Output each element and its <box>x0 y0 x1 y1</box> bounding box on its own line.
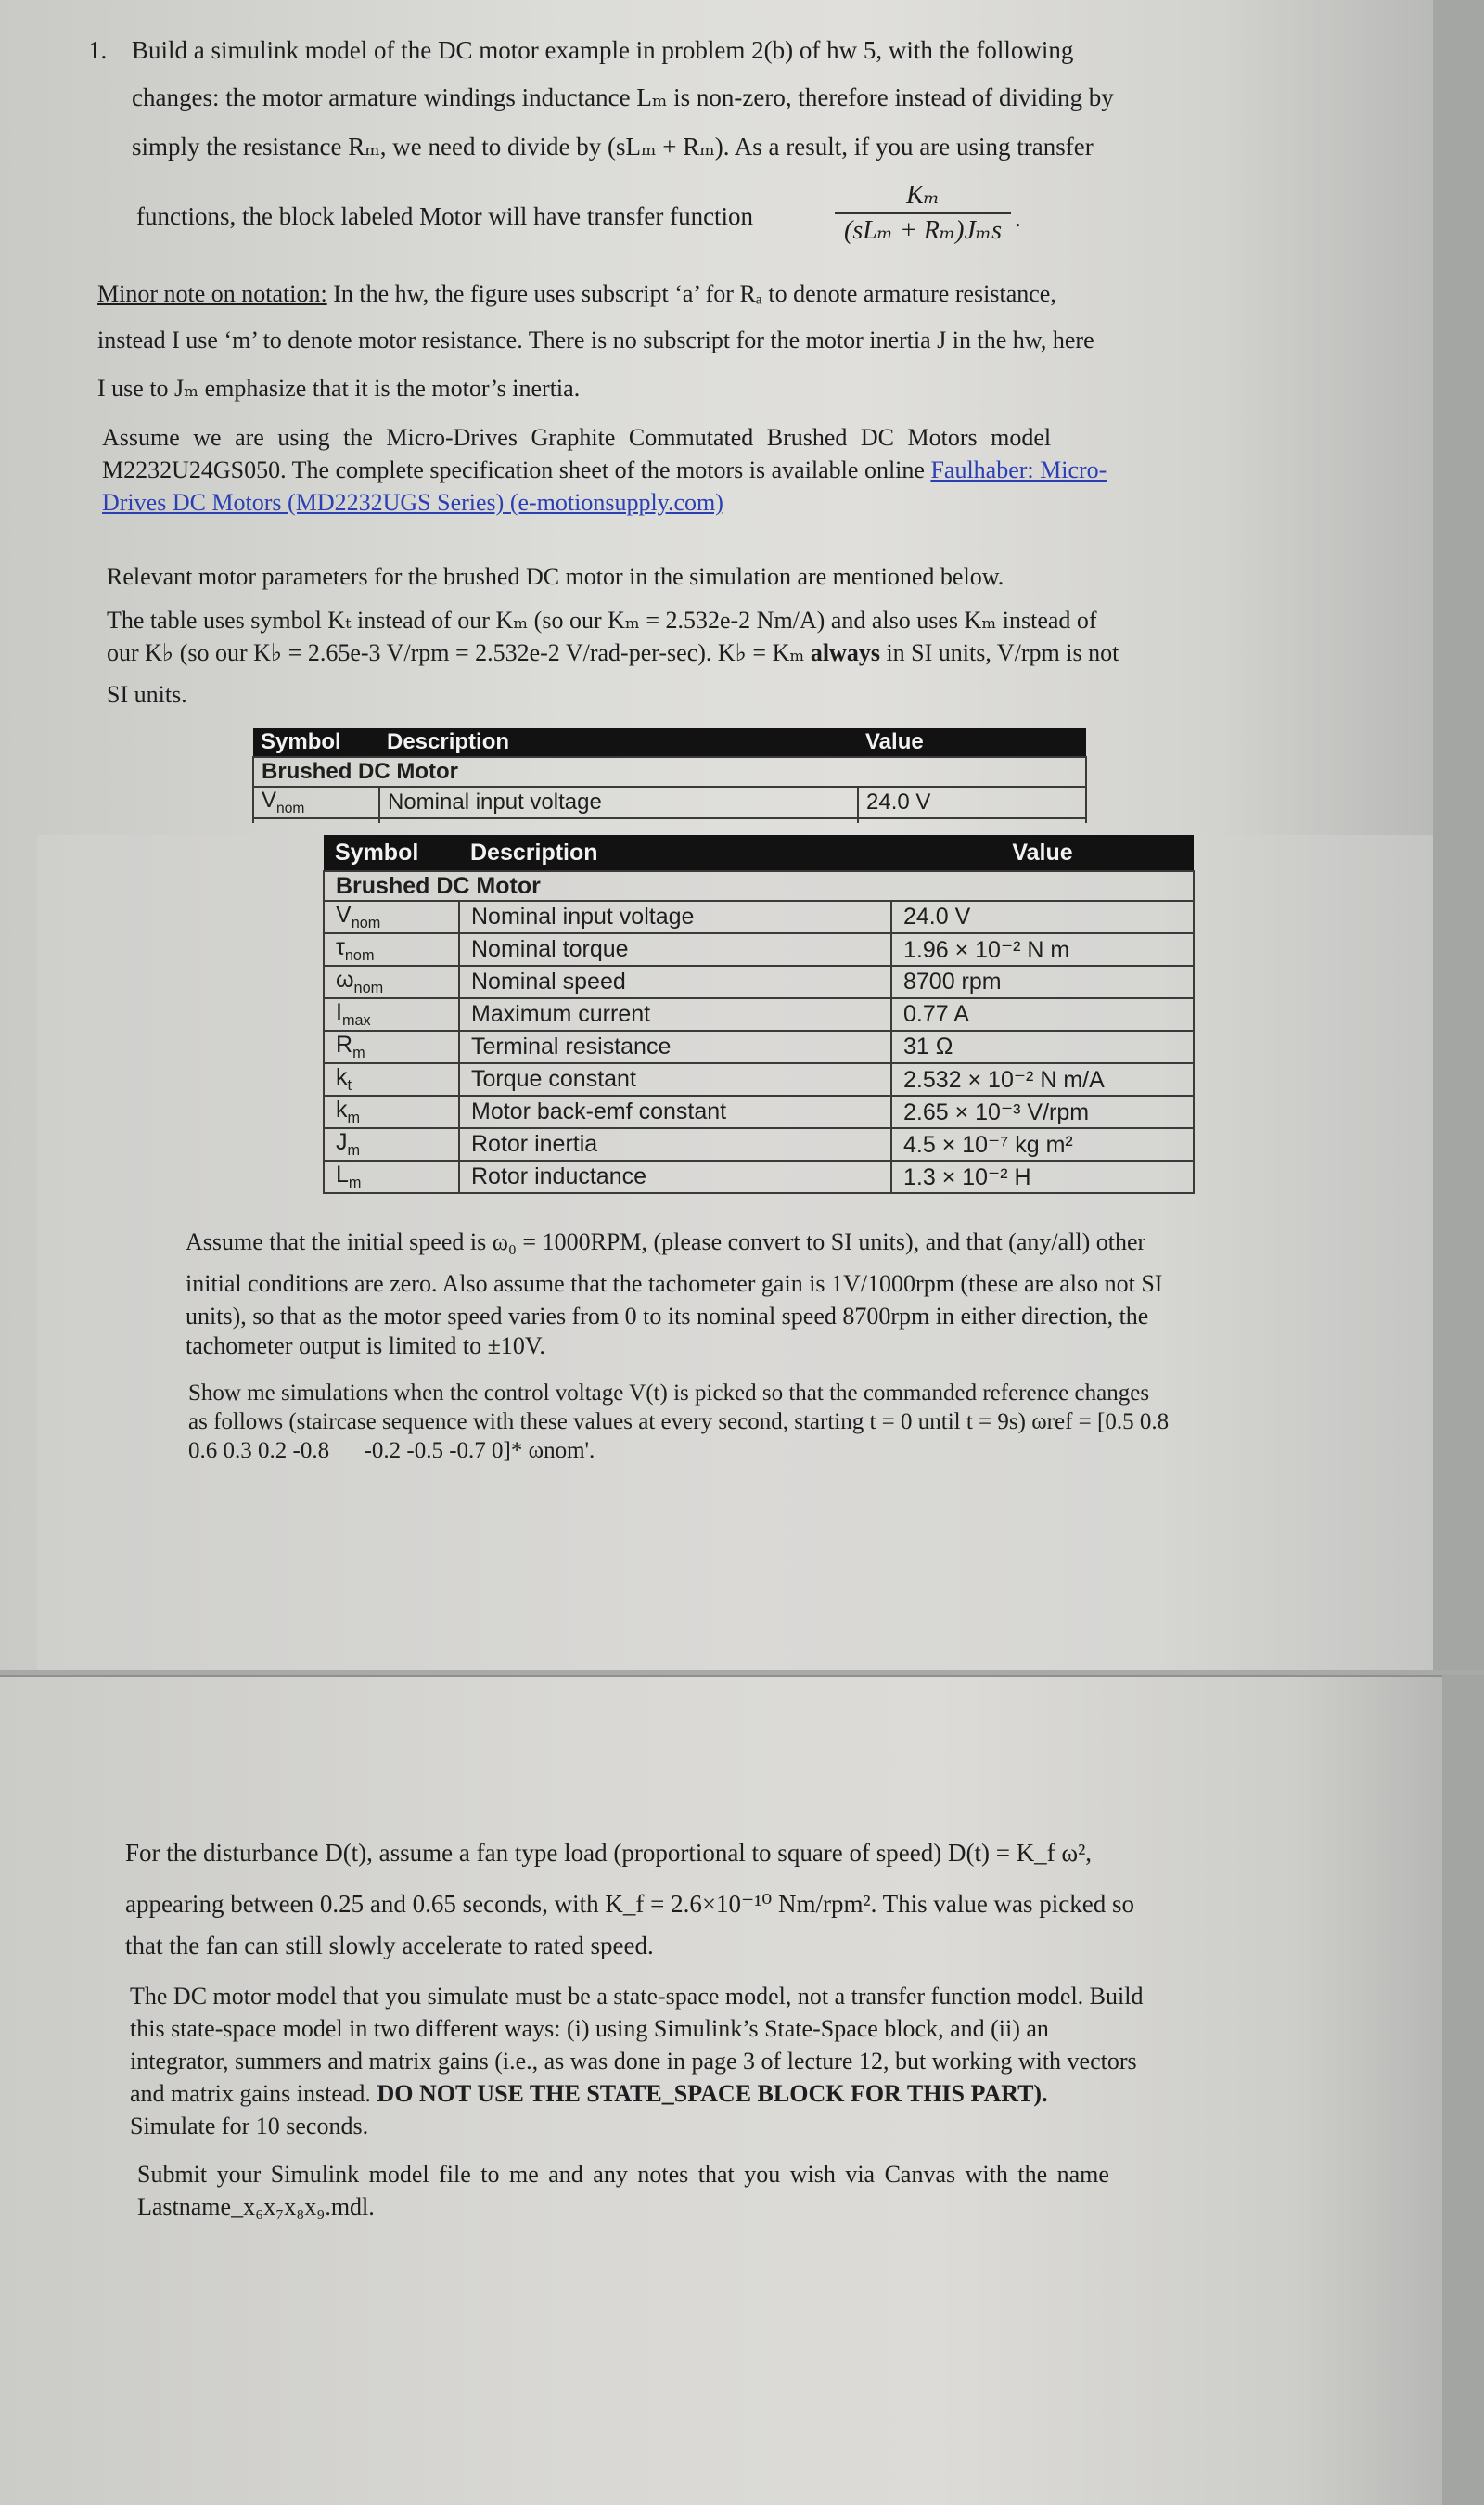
symbol-sub: nom <box>354 980 384 996</box>
description-cell: Terminal resistance <box>459 1031 891 1063</box>
description-cell: Rotor inertia <box>459 1128 891 1161</box>
symbol: τ <box>262 819 270 823</box>
symbol: V <box>262 788 276 813</box>
value-cell: 8700 rpm <box>891 966 1194 998</box>
state-space-line-4: and matrix gains instead. DO NOT USE THE… <box>130 2078 1048 2110</box>
description-cell: Nominal input voltage <box>459 901 891 933</box>
transfer-function-lead: functions, the block labeled Motor will … <box>136 200 753 232</box>
symbol-cell: Lm <box>324 1161 459 1193</box>
description-cell: Rotor inductance <box>459 1161 891 1193</box>
header-symbol: Symbol <box>324 835 459 871</box>
value-cell: 2.532 × 10⁻² N m/A <box>891 1063 1194 1096</box>
symbol-cell: Vnom <box>324 901 459 933</box>
symbol: ω <box>336 967 354 993</box>
page-edge <box>1442 1675 1484 2505</box>
motor-spec-table: Symbol Description Value Brushed DC Moto… <box>323 835 1195 1194</box>
tf-numerator: Kₘ <box>835 179 1011 214</box>
symbol-sub: nom <box>276 801 304 816</box>
motor-model-line-1: Assume we are using the Micro-Drives Gra… <box>102 422 1051 454</box>
table-row: kmMotor back-emf constant2.65 × 10⁻³ V/r… <box>324 1096 1194 1128</box>
group-label: Brushed DC Motor <box>253 757 1086 787</box>
table-row: τnomNominal torque1.96 × 10⁻² N m <box>324 933 1194 966</box>
header-value: Value <box>858 728 1086 757</box>
value-cell: 1.3 × 10⁻² H <box>891 1161 1194 1193</box>
simulation-request-line-3: 0.6 0.3 0.2 -0.8 -0.2 -0.5 -0.7 0]* ωnom… <box>188 1435 595 1467</box>
table-row: LmRotor inductance1.3 × 10⁻² H <box>324 1161 1194 1193</box>
initial-conditions-line-2: initial conditions are zero. Also assume… <box>185 1268 1162 1300</box>
symbol-sub: nom <box>352 915 381 931</box>
symbol-sub: m <box>352 1045 365 1061</box>
disturbance-line-3: that the fan can still slowly accelerate… <box>125 1930 654 1961</box>
parameters-intro-line-3: our K♭ (so our K♭ = 2.65e-3 V/rpm = 2.53… <box>107 637 1119 669</box>
si-note: in SI units, V/rpm is not <box>880 639 1119 666</box>
description-cell: Nominal speed <box>459 966 891 998</box>
value-cell: 2.65 × 10⁻³ V/rpm <box>891 1096 1194 1128</box>
spec-table-background-copy: Symbol Description Value Brushed DC Moto… <box>252 728 1092 823</box>
description-cell: Nominal torque <box>379 818 858 823</box>
notation-note-line-2: instead I use ‘m’ to denote motor resist… <box>97 325 1094 356</box>
submission-line-1: Submit your Simulink model file to me an… <box>137 2159 1109 2190</box>
description-cell: Torque constant <box>459 1063 891 1096</box>
symbol-cell: τnom <box>253 818 379 823</box>
problem-intro-line-3: simply the resistance Rₘ, we need to div… <box>132 131 1094 162</box>
value-cell: 24.0 V <box>858 787 1086 818</box>
header-description: Description <box>459 835 891 871</box>
spec-table-back: Symbol Description Value Brushed DC Moto… <box>252 728 1087 823</box>
initial-conditions-line-1: Assume that the initial speed is ω₀ = 10… <box>185 1227 1145 1258</box>
spec-sheet-link-part-2[interactable]: Drives DC Motors (MD2232UGS Series) (e-m… <box>102 489 723 516</box>
simulation-request-line-1: Show me simulations when the control vol… <box>188 1378 1149 1409</box>
problem-number: 1. <box>88 34 107 66</box>
symbol: I <box>336 999 342 1025</box>
table-row: RmTerminal resistance31 Ω <box>324 1031 1194 1063</box>
value-cell: 24.0 V <box>891 901 1194 933</box>
state-space-line-5: Simulate for 10 seconds. <box>130 2111 368 2142</box>
symbol-sub: t <box>348 1077 352 1094</box>
disturbance-line-2: appearing between 0.25 and 0.65 seconds,… <box>125 1888 1134 1920</box>
symbol-cell: τnom <box>324 933 459 966</box>
tf-denominator: (sLₘ + Rₘ)Jₘs <box>835 214 1011 246</box>
parameters-intro-line-4: SI units. <box>107 679 187 711</box>
description-cell: Nominal torque <box>459 933 891 966</box>
description-cell: Maximum current <box>459 998 891 1031</box>
table-row: JmRotor inertia4.5 × 10⁻⁷ kg m² <box>324 1128 1194 1161</box>
symbol-cell: km <box>324 1096 459 1128</box>
symbol-cell: Jm <box>324 1128 459 1161</box>
symbol: τ <box>336 934 345 960</box>
header-value: Value <box>891 835 1194 871</box>
problem-intro-line-2: changes: the motor armature windings ind… <box>132 82 1114 113</box>
state-space-line-3: integrator, summers and matrix gains (i.… <box>130 2046 1137 2077</box>
symbol: k <box>336 1064 348 1090</box>
symbol: J <box>336 1129 348 1155</box>
header-symbol: Symbol <box>253 728 379 757</box>
spec-sheet-link-part-1[interactable]: Faulhaber: Micro- <box>930 456 1107 483</box>
table-row: ωnomNominal speed8700 rpm <box>324 966 1194 998</box>
value-cell: 0.77 A <box>891 998 1194 1031</box>
parameters-intro-line-1: Relevant motor parameters for the brushe… <box>107 561 1004 593</box>
symbol-sub: m <box>348 1110 361 1126</box>
problem-intro-line-1: Build a simulink model of the DC motor e… <box>132 34 1073 66</box>
transfer-function-formula: Kₘ (sLₘ + Rₘ)Jₘs <box>835 179 1011 246</box>
value-cell: 1.96 × 10⁻² N m <box>858 818 1086 823</box>
symbol: L <box>336 1162 349 1188</box>
state-space-line-2: this state-space model in two different … <box>130 2013 1049 2045</box>
motor-model-line-2: M2232U24GS050. The complete specificatio… <box>102 455 1107 486</box>
notation-note-line-1: Minor note on notation: In the hw, the f… <box>97 278 1056 310</box>
submission-filename: Lastname_x₆x₇x₈x₉.mdl. <box>137 2191 375 2223</box>
symbol-sub: m <box>349 1175 362 1191</box>
kb-equals-km: our K♭ (so our K♭ = 2.65e-3 V/rpm = 2.53… <box>107 639 811 666</box>
state-space-line-1: The DC motor model that you simulate mus… <box>130 1981 1143 2012</box>
initial-conditions-line-4: tachometer output is limited to ±10V. <box>185 1330 545 1362</box>
motor-model-line-3: Drives DC Motors (MD2232UGS Series) (e-m… <box>102 487 723 519</box>
motor-model-text: M2232U24GS050. The complete specificatio… <box>102 456 930 483</box>
symbol-sub: nom <box>345 947 375 964</box>
always-emphasis: always <box>811 639 880 666</box>
symbol-sub: max <box>342 1012 371 1029</box>
header-description: Description <box>379 728 858 757</box>
symbol-cell: Imax <box>324 998 459 1031</box>
symbol-cell: Vnom <box>253 787 379 818</box>
notation-note-label: Minor note on notation: <box>97 280 327 307</box>
value-cell: 4.5 × 10⁻⁷ kg m² <box>891 1128 1194 1161</box>
description-cell: Nominal input voltage <box>379 787 858 818</box>
state-space-text: and matrix gains instead. <box>130 2080 377 2107</box>
parameters-intro-line-2: The table uses symbol Kₜ instead of our … <box>107 605 1097 636</box>
symbol: V <box>336 902 352 928</box>
tf-trailing: . <box>1015 202 1021 234</box>
symbol-cell: kt <box>324 1063 459 1096</box>
value-cell: 31 Ω <box>891 1031 1194 1063</box>
disturbance-line-1: For the disturbance D(t), assume a fan t… <box>125 1837 1092 1869</box>
notation-note-text: In the hw, the figure uses subscript ‘a’… <box>327 280 1056 307</box>
state-space-warning: DO NOT USE THE STATE_SPACE BLOCK FOR THI… <box>377 2080 1047 2107</box>
notation-note-line-3: I use to Jₘ emphasize that it is the mot… <box>97 373 580 405</box>
simulation-request-line-2: as follows (staircase sequence with thes… <box>188 1407 1169 1438</box>
initial-conditions-line-3: units), so that as the motor speed varie… <box>185 1301 1148 1332</box>
table-row: VnomNominal input voltage24.0 V <box>324 901 1194 933</box>
symbol: k <box>336 1097 348 1123</box>
group-label: Brushed DC Motor <box>324 871 1194 901</box>
table-row: ktTorque constant2.532 × 10⁻² N m/A <box>324 1063 1194 1096</box>
page-edge <box>1433 0 1484 1670</box>
value-cell: 1.96 × 10⁻² N m <box>891 933 1194 966</box>
description-cell: Motor back-emf constant <box>459 1096 891 1128</box>
table-row: ImaxMaximum current0.77 A <box>324 998 1194 1031</box>
symbol: R <box>336 1032 352 1058</box>
symbol-sub: m <box>348 1142 361 1159</box>
symbol-cell: Rm <box>324 1031 459 1063</box>
symbol-cell: ωnom <box>324 966 459 998</box>
